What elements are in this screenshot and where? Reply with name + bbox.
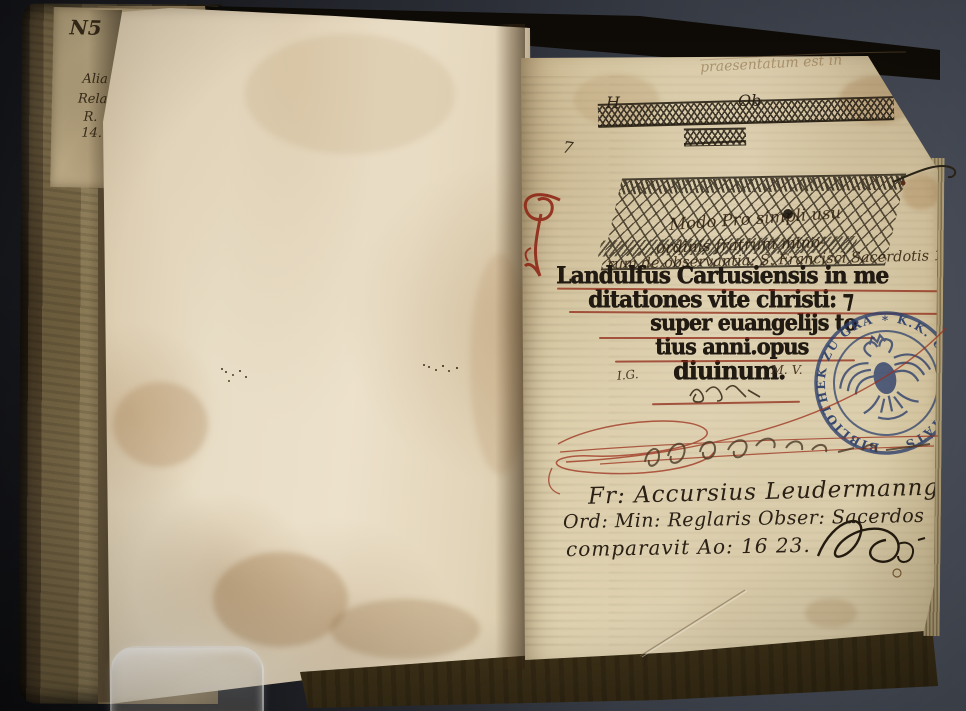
title-line-1: Landulfus Cartusiensis in me [556, 262, 888, 289]
gutter-shadow [495, 24, 525, 669]
double-headed-eagle-icon [831, 326, 938, 427]
deleted-line-2 [684, 127, 746, 146]
ink-specks [221, 368, 223, 370]
glass-page-weight [110, 646, 264, 711]
paper-stain [805, 598, 857, 628]
paper-stain [113, 382, 208, 467]
title-page: praesentatum est in H Ob 7 Modo Pro simp… [519, 46, 940, 664]
paper-stain [330, 599, 480, 659]
paper-stain [902, 174, 940, 210]
marginal-note-right: M. V. [771, 362, 803, 377]
paper-stain [213, 552, 348, 647]
marginal-note-left: I.G. [616, 367, 639, 383]
photo-scene: N5 Alia Relat R. 14. praesentatum est in… [0, 0, 966, 711]
paper-stain [245, 34, 455, 154]
deletion-hatch-block [601, 174, 907, 271]
left-blank-page [95, 4, 535, 710]
ink-specks [423, 364, 425, 366]
ownership-line-3: comparavit Ao: 16 23. [566, 533, 811, 561]
